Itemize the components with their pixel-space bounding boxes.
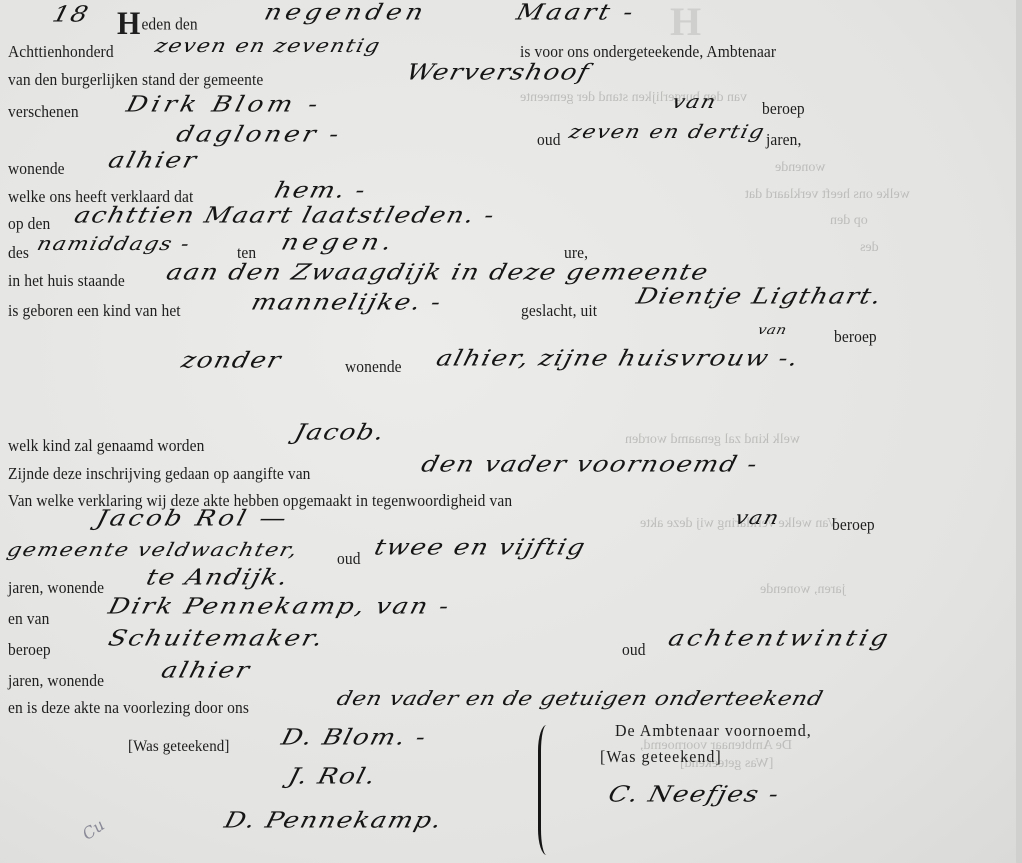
margin-note: Cu <box>79 815 108 843</box>
witness1-name-field: Jacob Rol — <box>94 506 292 532</box>
beroep-label: beroep <box>762 100 805 119</box>
sex-from-label: geslacht, uit <box>521 302 597 321</box>
witness2-residence-field: alhier <box>159 658 254 684</box>
father-name-field: Dirk Blom - <box>124 92 325 118</box>
witness1-residence-field: te Andijk. <box>144 565 292 591</box>
bleed-through-line: welke ons heeft verklaard dat <box>745 187 910 203</box>
signature-pennekamp: D. Pennekamp. <box>222 808 446 834</box>
mother-name-field: Dientje Ligthart. <box>634 284 885 310</box>
house-label: in het huis staande <box>8 272 125 291</box>
witness2-name-field: Dirk Pennekamp, van - <box>106 594 454 620</box>
father-van-field: van <box>670 92 720 113</box>
witness2-beroep-label: beroep <box>8 641 51 660</box>
municipality-field: Wervershoof <box>404 60 593 86</box>
birth-date-field: achttien Maart laatstleden. - <box>72 203 498 229</box>
register-page: H van den burgerlijken stand der gemeent… <box>0 0 1022 863</box>
witness1-beroep-label: beroep <box>832 516 875 535</box>
page-edge <box>1016 0 1022 863</box>
witness2-age-label: oud <box>622 641 646 660</box>
witness1-age-field: twee en vijftig <box>372 535 589 561</box>
decorative-initial: H <box>117 6 140 42</box>
year-prefix-label: Achttienhonderd <box>8 43 114 62</box>
witness1-van-field: van <box>733 508 783 529</box>
age-label: oud <box>537 131 561 150</box>
child-name-label: welk kind zal genaamd worden <box>8 437 204 456</box>
registration-label: Zijnde deze inschrijving gedaan op aangi… <box>8 465 311 484</box>
mother-van-field: van <box>756 322 788 337</box>
bleed-through-line: jaren, wonende <box>760 582 846 598</box>
signature-blom: D. Blom. - <box>279 725 430 751</box>
witness2-occupation-field: Schuitemaker. <box>106 626 328 652</box>
time-of-day-field: namiddags - <box>35 234 193 255</box>
was-signed-left-label: [Was geteekend] <box>128 738 230 756</box>
month-field: Maart - <box>514 0 639 26</box>
child-name-field: Jacob. <box>292 420 388 446</box>
was-signed-right-label: [Was geteekend] <box>600 748 722 767</box>
witness1-occupation-field: gemeente veldwachter, <box>5 540 301 561</box>
en-van-label: en van <box>8 610 49 629</box>
years-label: jaren, <box>766 131 801 150</box>
mother-residence-field: alhier, zijne huisvrouw -. <box>434 346 802 372</box>
witness1-age-label: oud <box>337 550 361 569</box>
witness2-age-field: achtentwintig <box>666 626 894 652</box>
informant-field: den vader voornoemd - <box>419 452 761 478</box>
record-number: 18 <box>50 2 92 28</box>
signature-neefjes: C. Neefjes - <box>606 782 783 808</box>
bleed-through-line: welk kind zal genaamd worden <box>625 432 800 448</box>
des-label: des <box>8 244 29 263</box>
bleed-through-line: des <box>860 240 879 256</box>
signature-rol: J. Rol. <box>286 764 380 790</box>
residence-label: wonende <box>8 160 65 179</box>
bleed-through-line: wonende <box>775 160 826 176</box>
officer-signed-label: De Ambtenaar voornoemd, <box>615 722 812 741</box>
witness1-residence-label: jaren, wonende <box>8 579 104 598</box>
year-field: zeven en zeventig <box>153 36 383 57</box>
declared-who-field: hem. - <box>272 178 369 204</box>
municipality-label: van den burgerlijken stand der gemeente <box>8 71 263 90</box>
bleed-through-line: op den <box>830 213 868 229</box>
father-residence-field: alhier <box>106 148 201 174</box>
sex-field: mannelijke. - <box>249 290 445 316</box>
address-field: aan den Zwaagdijk in deze gemeente <box>164 260 712 286</box>
hour-field: negen. <box>279 230 399 256</box>
witness2-residence-label: jaren, wonende <box>8 672 104 691</box>
mother-occupation-field: zonder <box>179 348 285 374</box>
mother-beroep-label: beroep <box>834 328 877 347</box>
birth-date-label: op den <box>8 215 50 234</box>
signers-field: den vader en de getuigen onderteekend <box>334 688 825 710</box>
heden-den-text: eden den <box>141 16 197 34</box>
born-label: is geboren een kind van het <box>8 302 181 321</box>
bleed-through-initial: H <box>670 0 701 45</box>
father-age-field: zeven en dertig <box>567 122 768 143</box>
day-field: negenden <box>262 0 430 26</box>
mother-residence-label: wonende <box>345 358 402 377</box>
signature-brace <box>538 725 555 855</box>
father-occupation-field: dagloner - <box>174 122 345 148</box>
reading-label: en is deze akte na voorlezing door ons <box>8 699 249 718</box>
appeared-label: verschenen <box>8 103 79 122</box>
